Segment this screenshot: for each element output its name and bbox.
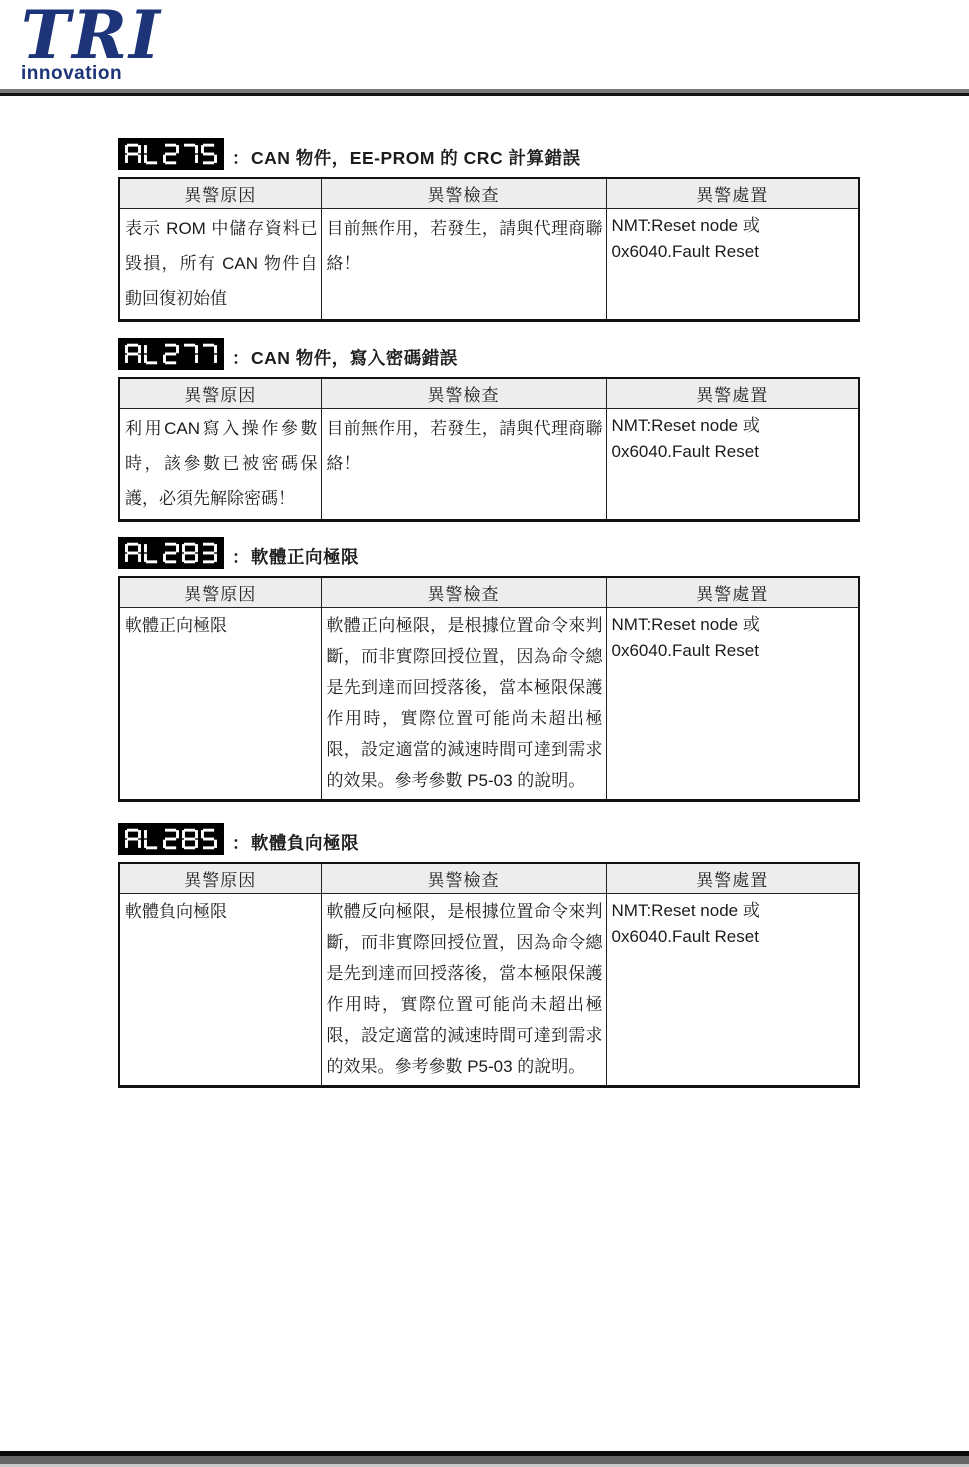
page-content: ： CAN 物件，EE-PROM 的 CRC 計算錯誤 異警原因 異警檢查 異警…	[118, 97, 858, 1088]
seven-segment-display	[118, 537, 224, 569]
alarm-heading-al277: ： CAN 物件，寫入密碼錯誤	[118, 338, 858, 370]
column-header-cause: 異警原因	[119, 178, 321, 209]
heading-colon: ：	[232, 829, 249, 854]
seven-segment-display	[118, 823, 224, 855]
table-row: 利用CAN寫入操作參數時，該參數已被密碼保護，必須先解除密碼！ 目前無作用，若發…	[119, 409, 859, 521]
alarm-check-cell: 目前無作用，若發生，請與代理商聯絡！	[321, 409, 606, 521]
alarm-check-cell: 軟體反向極限，是根據位置命令來判斷，而非實際回授位置，因為命令總是先到達而回授落…	[321, 894, 606, 1087]
alarm-table-al285: 異警原因 異警檢查 異警處置 軟體負向極限 軟體反向極限，是根據位置命令來判斷，…	[118, 862, 860, 1088]
column-header-check: 異警檢查	[321, 577, 606, 608]
table-header-row: 異警原因 異警檢查 異警處置	[119, 577, 859, 608]
alarm-title: CAN 物件，EE-PROM 的 CRC 計算錯誤	[251, 145, 580, 170]
alarm-heading-al285: ： 軟體負向極限	[118, 823, 858, 855]
heading-colon: ：	[232, 144, 249, 169]
alarm-cause-cell: 表示 ROM 中儲存資料已毀損，所有 CAN 物件自動回復初始值	[119, 209, 321, 321]
alarm-table-al275: 異警原因 異警檢查 異警處置 表示 ROM 中儲存資料已毀損，所有 CAN 物件…	[118, 177, 860, 322]
alarm-cause-cell: 軟體正向極限	[119, 608, 321, 801]
alarm-cause-cell: 利用CAN寫入操作參數時，該參數已被密碼保護，必須先解除密碼！	[119, 409, 321, 521]
alarm-action-cell: NMT:Reset node 或 0x6040.Fault Reset	[606, 209, 859, 321]
column-header-cause: 異警原因	[119, 577, 321, 608]
column-header-action: 異警處置	[606, 863, 859, 894]
column-header-action: 異警處置	[606, 378, 859, 409]
footer-darkgray-bar	[0, 1456, 969, 1464]
alarm-action-cell: NMT:Reset node 或 0x6040.Fault Reset	[606, 409, 859, 521]
alarm-table-al283: 異警原因 異警檢查 異警處置 軟體正向極限 軟體正向極限，是根據位置命令來判斷，…	[118, 576, 860, 802]
alarm-title: CAN 物件，寫入密碼錯誤	[251, 345, 458, 370]
column-header-action: 異警處置	[606, 178, 859, 209]
seven-segment-display	[118, 338, 224, 370]
alarm-heading-al275: ： CAN 物件，EE-PROM 的 CRC 計算錯誤	[118, 138, 858, 170]
table-row: 軟體負向極限 軟體反向極限，是根據位置命令來判斷，而非實際回授位置，因為命令總是…	[119, 894, 859, 1087]
alarm-heading-al283: ： 軟體正向極限	[118, 537, 858, 569]
column-header-check: 異警檢查	[321, 178, 606, 209]
column-header-cause: 異警原因	[119, 378, 321, 409]
alarm-title: 軟體正向極限	[251, 544, 359, 569]
manual-page: { "logo": { "brand": "TRI", "tagline": "…	[0, 0, 969, 1467]
alarm-title: 軟體負向極限	[251, 830, 359, 855]
header-divider-black-bar	[0, 93, 969, 96]
column-header-cause: 異警原因	[119, 863, 321, 894]
header-divider	[0, 89, 969, 96]
alarm-table-al277: 異警原因 異警檢查 異警處置 利用CAN寫入操作參數時，該參數已被密碼保護，必須…	[118, 377, 860, 522]
seven-segment-display	[118, 138, 224, 170]
company-logo: TRI innovation	[21, 4, 162, 84]
logo-brand-text: TRI	[21, 4, 162, 66]
table-row: 軟體正向極限 軟體正向極限，是根據位置命令來判斷，而非實際回授位置，因為命令總是…	[119, 608, 859, 801]
table-row: 表示 ROM 中儲存資料已毀損，所有 CAN 物件自動回復初始值 目前無作用，若…	[119, 209, 859, 321]
heading-colon: ：	[232, 344, 249, 369]
alarm-action-cell: NMT:Reset node 或 0x6040.Fault Reset	[606, 608, 859, 801]
alarm-action-cell: NMT:Reset node 或 0x6040.Fault Reset	[606, 894, 859, 1087]
alarm-check-cell: 軟體正向極限，是根據位置命令來判斷，而非實際回授位置，因為命令總是先到達而回授落…	[321, 608, 606, 801]
column-header-check: 異警檢查	[321, 378, 606, 409]
column-header-check: 異警檢查	[321, 863, 606, 894]
column-header-action: 異警處置	[606, 577, 859, 608]
table-header-row: 異警原因 異警檢查 異警處置	[119, 863, 859, 894]
heading-colon: ：	[232, 543, 249, 568]
footer-divider	[0, 1451, 969, 1467]
alarm-check-cell: 目前無作用，若發生，請與代理商聯絡！	[321, 209, 606, 321]
alarm-cause-cell: 軟體負向極限	[119, 894, 321, 1087]
table-header-row: 異警原因 異警檢查 異警處置	[119, 378, 859, 409]
table-header-row: 異警原因 異警檢查 異警處置	[119, 178, 859, 209]
